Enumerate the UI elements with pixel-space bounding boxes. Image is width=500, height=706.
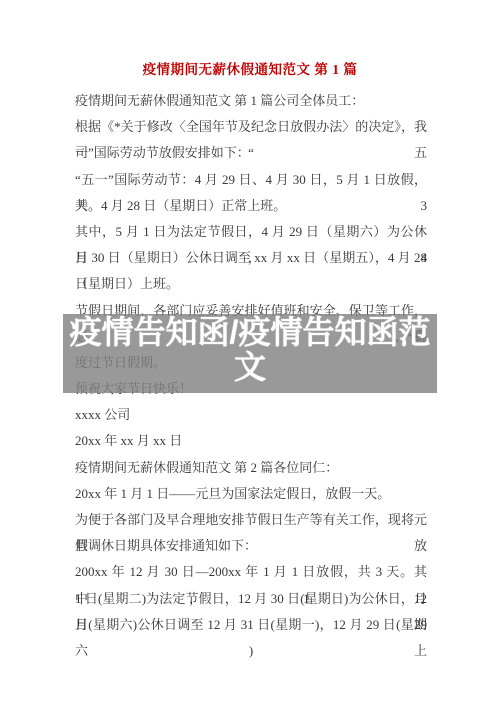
document-line: 20xx 年 xx 月 xx 日 xyxy=(75,428,427,454)
document-page: 疫情期间无薪休假通知范文 第 1 篇 疫情期间无薪休假通知范文 第 1 篇公司全… xyxy=(0,0,500,706)
watermark-text-line: 文 xyxy=(234,350,266,385)
document-line: 月 30 日（星期日）公休日调至 xx 月 xx 日（星期五），4 月 28 日 xyxy=(75,245,427,271)
document-line: 日(星期六)公休日调至 12 月 31 日(星期一)，12 月 29 日(星期六… xyxy=(75,612,427,638)
watermark-overlay: 疫情告知函/疫情告知函范文 xyxy=(63,314,437,393)
document-line: 1 日(星期二)为法定节假日，12 月 30 日(星期日)为公休日，12 月 2… xyxy=(75,586,427,612)
document-line: （星期日）上班。 xyxy=(75,271,427,297)
document-line: 其中，5 月 1 日为法定节假日，4 月 29 日（星期六）为公休日，4 xyxy=(75,219,427,245)
document-line: xxxx 公司 xyxy=(75,402,427,428)
watermark-text-line: 疫情告知函/疫情告知函范 xyxy=(70,315,431,350)
document-title: 疫情期间无薪休假通知范文 第 1 篇 xyxy=(0,58,500,78)
document-line: 为便于各部门及早合理地安排节假日生产等有关工作，现将元旦放 xyxy=(75,507,427,533)
document-line: 疫情期间无薪休假通知范文 第 1 篇公司全体员工： xyxy=(75,88,427,114)
document-line: 200xx 年 12 月 30 日—200xx 年 1 月 1 日放假，共 3 … xyxy=(75,559,427,585)
document-line: 根据《*关于修改〈全国年节及纪念日放假办法〉的决定》，我司“五 xyxy=(75,114,427,140)
document-line: 疫情期间无薪休假通知范文 第 2 篇各位同仁： xyxy=(75,455,427,481)
document-line: “五一”国际劳动节：4 月 29 日、4 月 30 日，5 月 1 日放假，共 … xyxy=(75,167,427,193)
document-line: 20xx 年 1 月 1 日——元旦为国家法定假日，放假一天。 xyxy=(75,481,427,507)
